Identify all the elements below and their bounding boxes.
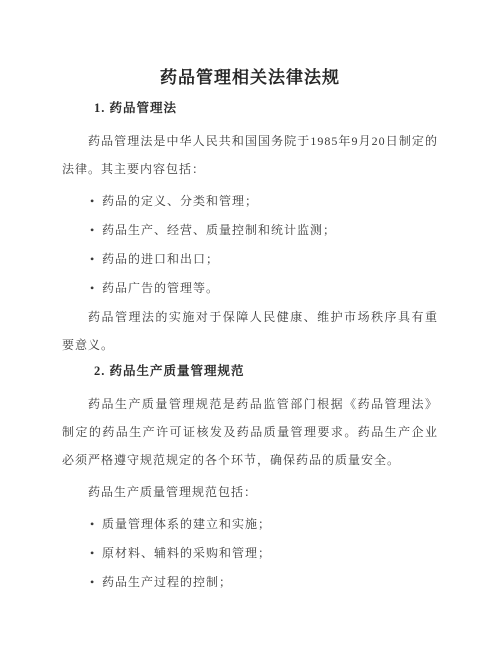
section-1-outro-paragraph: 药品管理法的实施对于保障人民健康、维护市场秩序具有重要意义。: [62, 303, 438, 359]
section-1-bullet-list: 药品的定义、分类和管理； 药品生产、经营、质量控制和统计监测； 药品的进口和出口…: [62, 187, 438, 303]
section-2-bullet-list: 质量管理体系的建立和实施； 原材料、辅料的采购和管理； 药品生产过程的控制；: [62, 510, 438, 597]
section-2-list-lead-paragraph: 药品生产质量管理规范包括：: [62, 478, 438, 506]
document-page: 药品管理相关法律法规 1. 药品管理法 药品管理法是中华人民共和国国务院于198…: [0, 0, 500, 647]
list-item: 原材料、辅料的采购和管理；: [90, 539, 438, 568]
list-item: 药品生产、经营、质量控制和统计监测；: [90, 216, 438, 245]
list-item: 药品的定义、分类和管理；: [90, 187, 438, 216]
list-item: 质量管理体系的建立和实施；: [90, 510, 438, 539]
list-item: 药品广告的管理等。: [90, 274, 438, 303]
section-2-intro-paragraph: 药品生产质量管理规范是药品监管部门根据《药品管理法》制定的药品生产许可证核发及药…: [62, 390, 438, 474]
section-1-intro-paragraph: 药品管理法是中华人民共和国国务院于1985年9月20日制定的法律。其主要内容包括…: [62, 127, 438, 183]
list-item: 药品的进口和出口；: [90, 245, 438, 274]
section-1-heading: 1. 药品管理法: [62, 100, 438, 117]
section-2-heading: 2. 药品生产质量管理规范: [62, 363, 438, 380]
list-item: 药品生产过程的控制；: [90, 568, 438, 597]
document-title: 药品管理相关法律法规: [62, 66, 438, 90]
